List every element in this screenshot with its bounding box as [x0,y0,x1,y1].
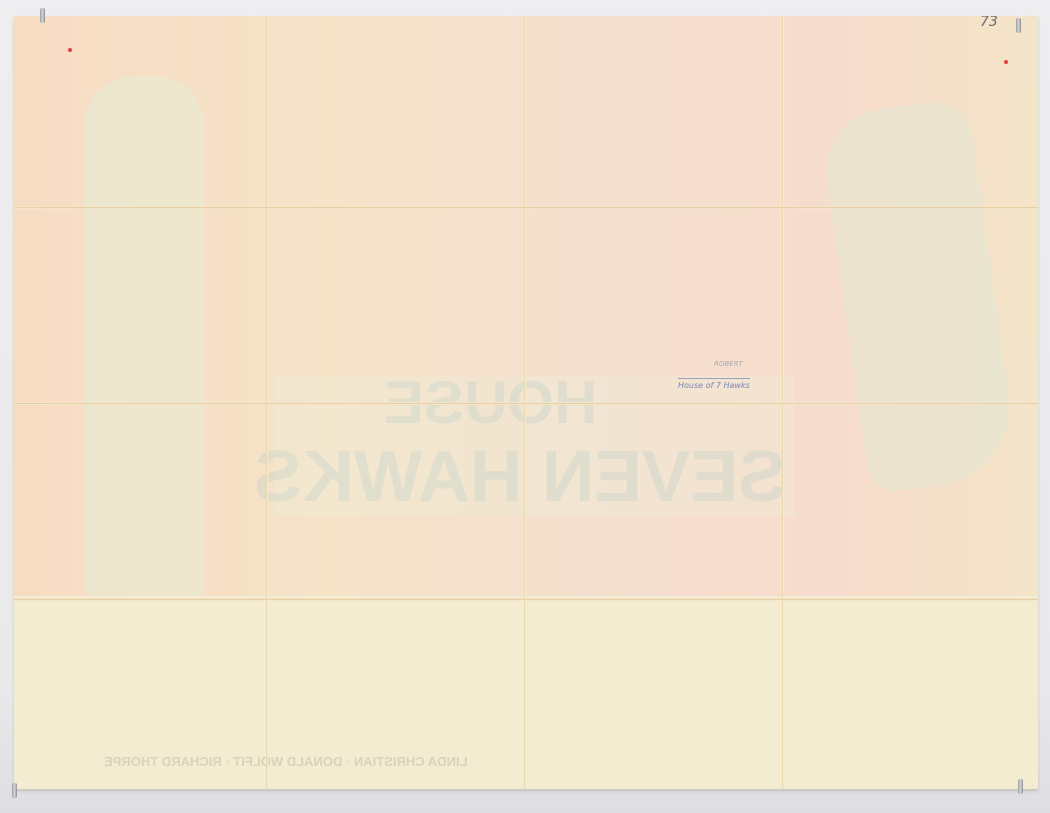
folded-poster-back: HOUSE SEVEN HAWKS LINDA CHRISTIAN · DONA… [14,16,1038,789]
handwritten-title-note: House of the 7 Hawks [860,16,958,18]
handwritten-center-note-line-2: House of 7 Hawks [678,378,750,390]
show-through-credits: LINDA CHRISTIAN · DONALD WOLFIT · RICHAR… [104,754,468,769]
fold-line-horizontal-3 [14,598,1038,601]
fold-line-horizontal-1 [14,206,1038,209]
mounting-pin-top-left [40,8,45,23]
handwritten-number-note: 73 [980,16,998,30]
red-ink-mark-left [68,48,72,52]
red-ink-mark-right [1004,60,1008,64]
fold-line-horizontal-2 [14,402,1038,405]
mounting-pin-bottom-right [1018,779,1023,794]
show-through-title-line-2: SEVEN HAWKS [254,436,786,518]
handwritten-center-note-line-1: ROBERT [714,360,743,368]
ghost-figure-left [84,76,204,596]
mounting-pin-bottom-left [12,783,17,798]
mounting-pin-top-right [1016,18,1021,33]
